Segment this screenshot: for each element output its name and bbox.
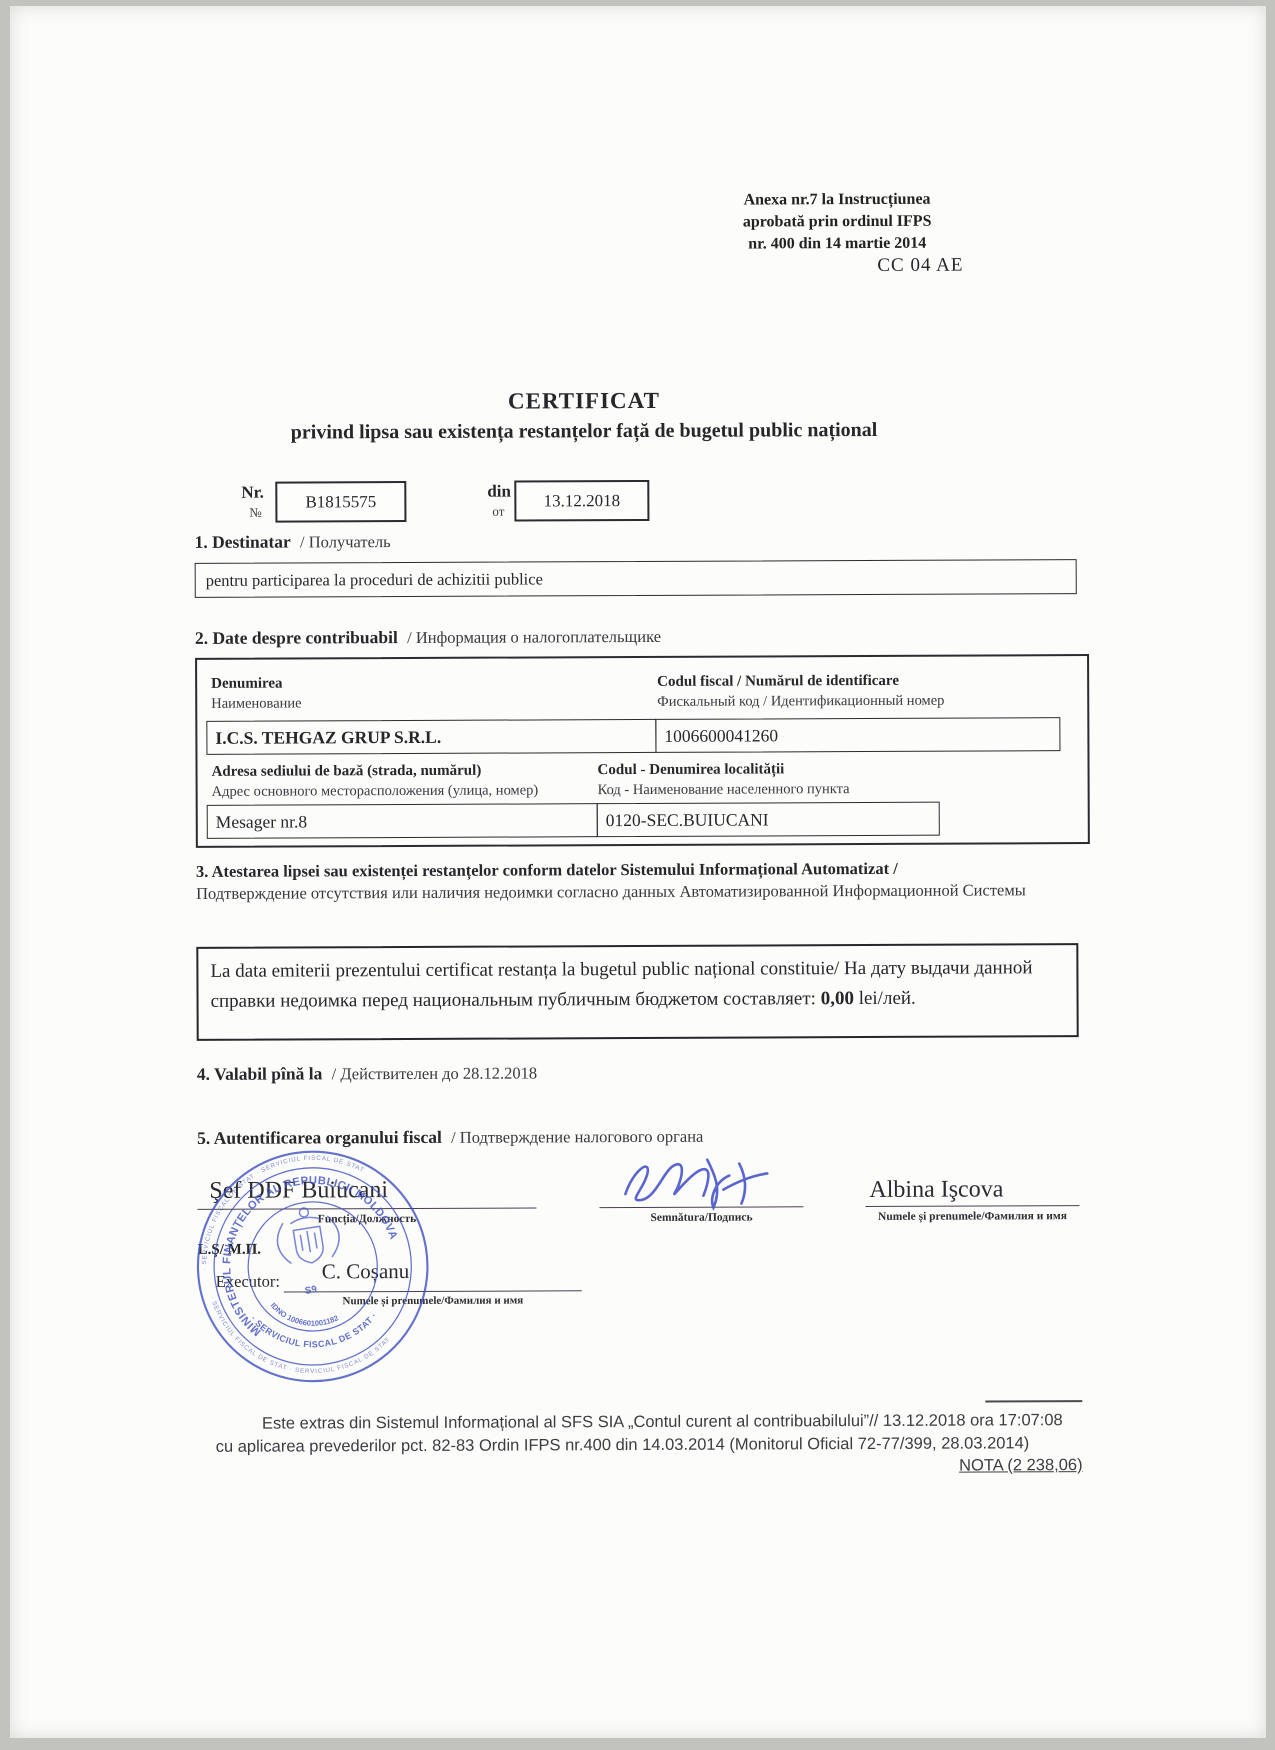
section1-heading-ro: 1. Destinatar bbox=[194, 532, 290, 552]
address-value: Mesager nr.8 bbox=[216, 811, 307, 832]
certificate-date: 13.12.2018 bbox=[544, 491, 621, 511]
destination-value: pentru participarea la proceduri de achi… bbox=[206, 569, 543, 590]
stamp-outer-circle bbox=[181, 1135, 444, 1398]
fiscal-code-box: 1006600041260 bbox=[655, 717, 1060, 753]
section3-heading: 3. Atestarea lipsei sau existenței resta… bbox=[196, 857, 1066, 904]
footer-line2: cu aplicarea prevederilor pct. 82-83 Ord… bbox=[152, 1434, 1092, 1457]
arrears-unit: lei/лей. bbox=[859, 987, 916, 1008]
section3-heading-ro: 3. Atestarea lipsei sau existenței resta… bbox=[196, 859, 898, 881]
fiscal-code-label: Codul fiscal / Numărul de identificare Ф… bbox=[657, 671, 944, 712]
locality-label: Codul - Denumirea localității Код - Наим… bbox=[597, 759, 849, 800]
signature-label: Semnătura/Подпись bbox=[599, 1211, 803, 1224]
document-content: Anexa nr.7 la Instrucțiunea aprobată pri… bbox=[0, 0, 1275, 1750]
address-label: Adresa sediului de bază (strada, numărul… bbox=[212, 760, 539, 801]
section4-heading: 4. Valabil pînă la / Действителен до 28.… bbox=[197, 1062, 537, 1084]
scanned-certificate-page: Anexa nr.7 la Instrucțiunea aprobată pri… bbox=[0, 0, 1275, 1750]
footer-nota: NOTA (2 238,06) bbox=[683, 1456, 1083, 1477]
coat-of-arms-icon bbox=[273, 1203, 343, 1268]
title-block: CERTIFICAT privind lipsa sau existența r… bbox=[0, 386, 1170, 446]
certificate-date-box: 13.12.2018 bbox=[514, 480, 649, 522]
taxpayer-name: I.C.S. TEHGAZ GRUP S.R.L. bbox=[215, 726, 441, 748]
fiscal-stamp: · SERVICIUL FISCAL DE STAT · SERVICIUL F… bbox=[174, 1128, 452, 1406]
section3-heading-ru: Подтверждение отсутствия или наличия нед… bbox=[196, 880, 1026, 903]
footer-line1: Este extras din Sistemul Informațional a… bbox=[192, 1411, 1132, 1434]
document-subtitle: privind lipsa sau existența restanțelor … bbox=[0, 418, 1170, 446]
taxpayer-name-box: I.C.S. TEHGAZ GRUP S.R.L. bbox=[206, 719, 656, 755]
locality-box: 0120-SEC.BUIUCANI bbox=[597, 802, 940, 837]
section5-heading-ru: / Подтверждение налогового органа bbox=[451, 1127, 703, 1147]
annex-line: aprobată prin ordinul IFPS bbox=[697, 211, 977, 234]
arrears-amount: 0,00 bbox=[821, 988, 854, 1009]
form-code: CC 04 AE bbox=[877, 255, 977, 277]
annex-line: nr. 400 din 14 martie 2014 bbox=[697, 233, 977, 256]
nr-label: Nr. bbox=[241, 483, 264, 503]
stamp-code: S9 bbox=[304, 1284, 318, 1297]
din-label: din bbox=[487, 482, 511, 502]
section4-heading-ro: 4. Valabil pînă la bbox=[197, 1063, 323, 1084]
section1-heading: 1. Destinatar / Получатель bbox=[194, 531, 390, 553]
officer-name-line bbox=[865, 1205, 1079, 1207]
locality-value: 0120-SEC.BUIUCANI bbox=[606, 809, 769, 831]
address-box: Mesager nr.8 bbox=[207, 803, 598, 839]
section1-heading-ru: / Получатель bbox=[300, 532, 391, 551]
certificate-number-box: B1815575 bbox=[275, 481, 406, 523]
fiscal-code: 1006600041260 bbox=[664, 725, 778, 746]
nr-label-ru: № bbox=[249, 505, 261, 521]
document-title: CERTIFICAT bbox=[0, 386, 1170, 417]
annex-line: Anexa nr.7 la Instrucțiunea bbox=[697, 189, 977, 212]
annex-reference: Anexa nr.7 la Instrucțiunea aprobată pri… bbox=[697, 189, 977, 256]
destination-field: pentru participarea la proceduri de achi… bbox=[195, 559, 1077, 598]
name-label: Denumirea Наименование bbox=[211, 673, 302, 713]
officer-name: Albina Işcova bbox=[869, 1176, 1003, 1204]
footer-divider-line bbox=[985, 1400, 1082, 1402]
officer-name-label: Numele și prenumele/Фамилия и имя bbox=[865, 1210, 1079, 1223]
arrears-statement-box: La data emiterii prezentului certificat … bbox=[196, 943, 1078, 1041]
certificate-number: B1815575 bbox=[305, 492, 376, 512]
statement-ro: La data emiterii prezentului certificat … bbox=[210, 958, 839, 982]
handwritten-signature bbox=[611, 1145, 781, 1212]
section2-heading-ro: 2. Date despre contribuabil bbox=[195, 627, 398, 648]
section4-heading-ru: / Действителен до 28.12.2018 bbox=[332, 1063, 538, 1083]
section2-heading-ru: / Информация о налогоплательщике bbox=[407, 627, 661, 647]
din-label-ru: от bbox=[492, 504, 504, 520]
section2-heading: 2. Date despre contribuabil / Информация… bbox=[195, 626, 661, 649]
